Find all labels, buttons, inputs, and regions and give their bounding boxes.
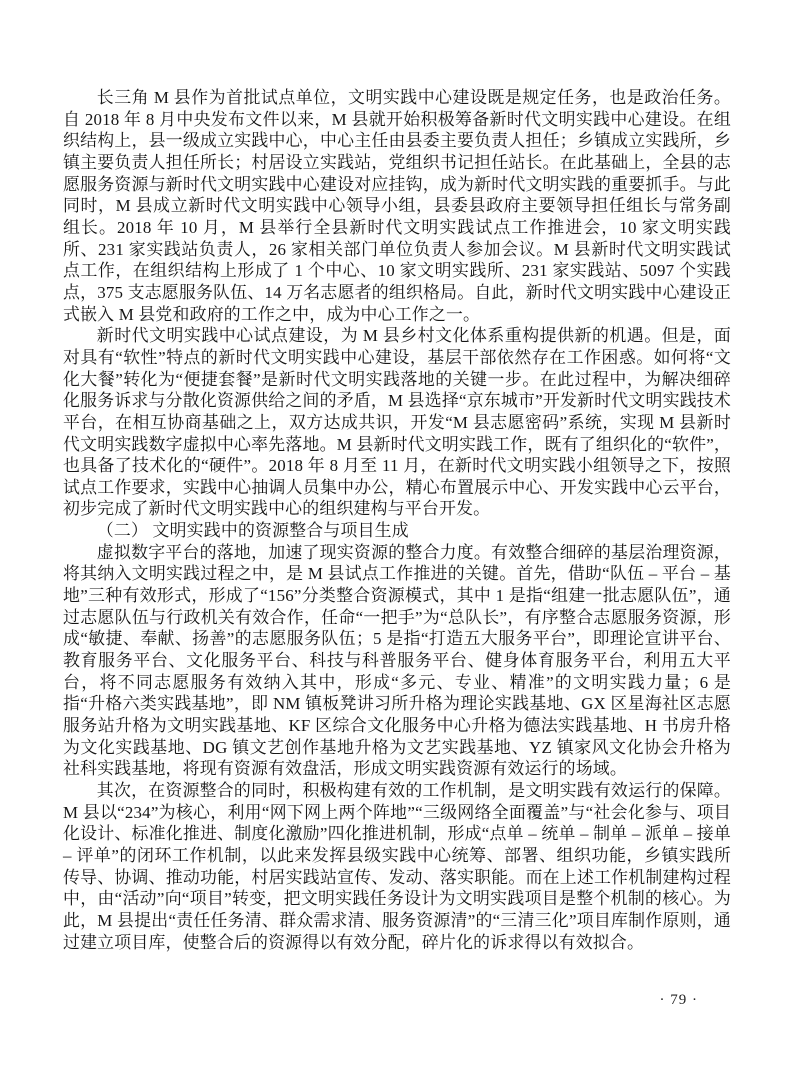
body-paragraph: 长三角 M 县作为首批试点单位，文明实践中心建设既是规定任务，也是政治任务。自 … xyxy=(63,87,731,325)
article-text-block: 长三角 M 县作为首批试点单位，文明实践中心建设既是规定任务，也是政治任务。自 … xyxy=(63,87,731,953)
body-paragraph: 新时代文明实践中心试点建设，为 M 县乡村文化体系重构提供新的机遇。但是，面对具… xyxy=(63,325,731,520)
section-heading: （二） 文明实践中的资源整合与项目生成 xyxy=(63,520,731,542)
document-page: 长三角 M 县作为首批试点单位，文明实践中心建设既是规定任务，也是政治任务。自 … xyxy=(0,0,793,1077)
body-paragraph: 虚拟数字平台的落地，加速了现实资源的整合力度。有效整合细碎的基层治理资源，将其纳… xyxy=(63,542,731,780)
body-paragraph: 其次，在资源整合的同时，积极构建有效的工作机制，是文明实践有效运行的保障。M 县… xyxy=(63,780,731,953)
page-number: · 79 · xyxy=(660,992,699,1009)
